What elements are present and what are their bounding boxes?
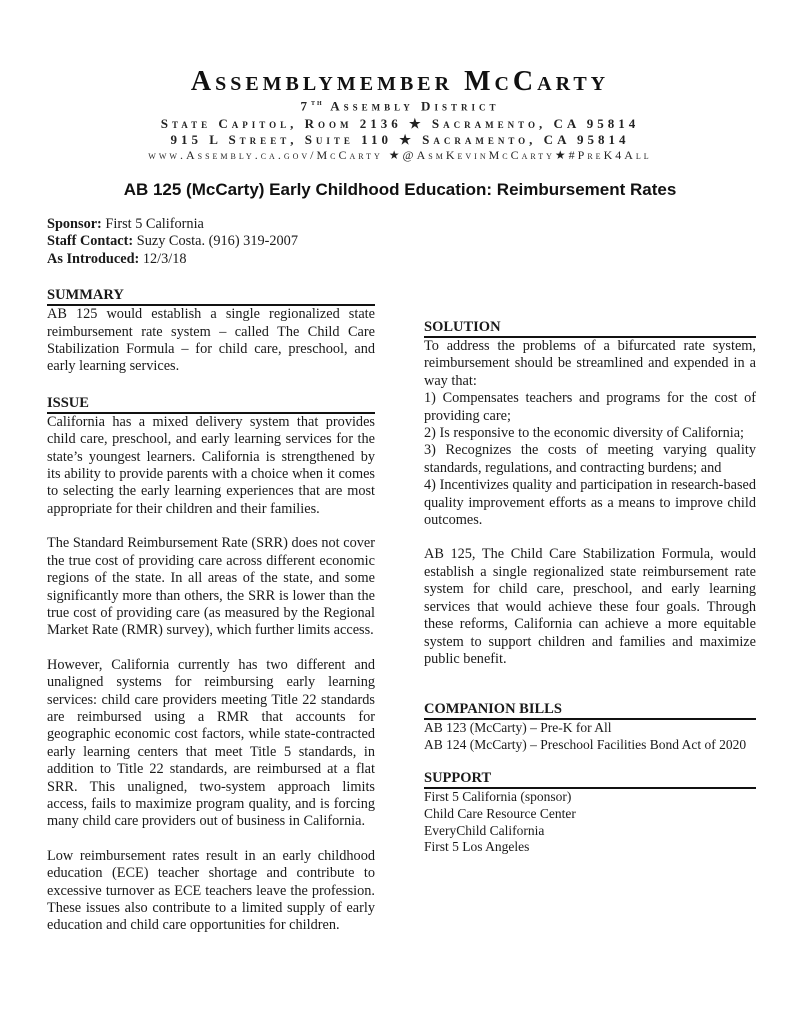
district-suffix: th (311, 98, 324, 107)
companion-bills-heading: COMPANION BILLS (424, 702, 756, 720)
solution-intro: To address the problems of a bifurcated … (424, 338, 756, 390)
companion-bill-item: AB 124 (McCarty) – Preschool Facilities … (424, 737, 756, 754)
support-item: First 5 California (sponsor) (424, 789, 756, 806)
solution-item-4: 4) Incentivizes quality and participatio… (424, 477, 756, 529)
introduced-line: As Introduced: 12/3/18 (47, 251, 375, 268)
issue-paragraph-4: Low reimbursement rates result in an ear… (47, 848, 375, 935)
solution-item-2: 2) Is responsive to the economic diversi… (424, 425, 756, 442)
solution-closing: AB 125, The Child Care Stabilization For… (424, 546, 756, 668)
right-column: SOLUTION To address the problems of a bi… (424, 216, 756, 856)
letterhead-address-district-office: 915 L Street, Suite 110 ★ Sacramento, CA… (0, 132, 800, 148)
letterhead-name: Assemblymember McCarty (0, 66, 800, 98)
staff-contact-label: Staff Contact: (47, 233, 133, 249)
letterhead-district: 7th Assembly District (0, 98, 800, 114)
district-number: 7 (301, 98, 312, 113)
left-column: Sponsor: First 5 California Staff Contac… (47, 216, 375, 935)
letterhead-address-capitol: State Capitol, Room 2136 ★ Sacramento, C… (0, 116, 800, 132)
letterhead-web-social: www.Assembly.ca.gov/McCarty ★@AsmKevinMc… (0, 148, 800, 163)
issue-paragraph-2: The Standard Reimbursement Rate (SRR) do… (47, 535, 375, 639)
solution-item-1: 1) Compensates teachers and programs for… (424, 390, 756, 425)
staff-contact-value: Suzy Costa. (916) 319-2007 (133, 233, 298, 249)
support-item: Child Care Resource Center (424, 806, 756, 823)
support-heading: SUPPORT (424, 771, 756, 789)
support-item: EveryChild California (424, 823, 756, 840)
solution-item-3: 3) Recognizes the costs of meeting varyi… (424, 442, 756, 477)
issue-paragraph-3: However, California currently has two di… (47, 657, 375, 831)
issue-paragraph-1: California has a mixed delivery system t… (47, 414, 375, 518)
companion-bill-item: AB 123 (McCarty) – Pre-K for All (424, 720, 756, 737)
summary-heading: SUMMARY (47, 288, 375, 306)
introduced-value: 12/3/18 (139, 251, 186, 267)
sponsor-line: Sponsor: First 5 California (47, 216, 375, 233)
solution-heading: SOLUTION (424, 320, 756, 338)
issue-heading: ISSUE (47, 396, 375, 414)
support-item: First 5 Los Angeles (424, 839, 756, 856)
sponsor-value: First 5 California (102, 216, 204, 232)
document-title: AB 125 (McCarty) Early Childhood Educati… (0, 180, 800, 200)
introduced-label: As Introduced: (47, 251, 139, 267)
summary-text: AB 125 would establish a single regional… (47, 306, 375, 376)
staff-contact-line: Staff Contact: Suzy Costa. (916) 319-200… (47, 233, 375, 250)
sponsor-label: Sponsor: (47, 216, 102, 232)
district-text: Assembly District (330, 98, 499, 113)
